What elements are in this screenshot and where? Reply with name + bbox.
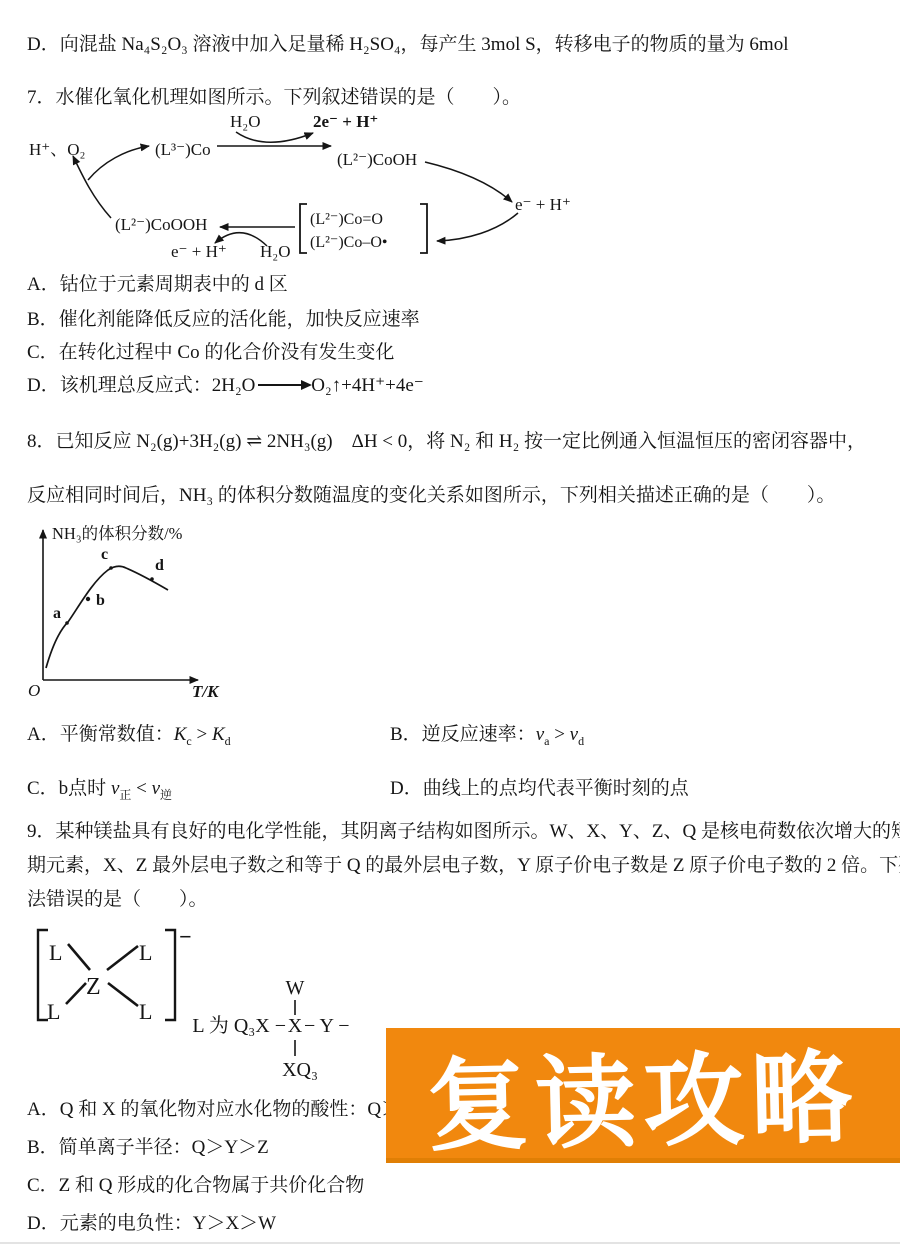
v-reverse-subscript: 逆	[160, 788, 172, 802]
arrow-to-bracket	[437, 213, 518, 241]
arrow-regenerate-co	[88, 146, 149, 180]
xq3-group: XQ₃	[282, 1059, 318, 1081]
left-bracket	[300, 204, 307, 253]
promo-banner-text: 复读攻略	[426, 1016, 861, 1170]
q9-option-b: B．简单离子半径：Q＞Y＞Z	[27, 1136, 269, 1160]
q8-option-c: C．b点时 v正 < v逆	[27, 777, 172, 801]
promo-banner: 复读攻略	[386, 1028, 900, 1163]
ligand-caption-x: X	[288, 1015, 303, 1037]
q9-stem-line3: 法错误的是（ ）。	[27, 888, 208, 912]
exam-page: D．向混盐 Na₄S₂O₃ 溶液中加入足量稀 H₂SO₄，每产生 3mol S，…	[0, 0, 900, 1246]
q8-option-a: A．平衡常数值：Kc > Kd	[27, 723, 231, 747]
q7-option-a: A．钴位于元素周期表中的 d 区	[27, 273, 288, 297]
ligand-top-right: L	[139, 940, 152, 965]
bracket-bottom-label: (L²⁻)Co–O•	[310, 234, 388, 251]
h-o2-label: H⁺、O₂	[29, 140, 85, 159]
electrons-top-label: 2e⁻ + H⁺	[313, 112, 378, 131]
point-a-label: a	[53, 605, 61, 622]
q9-option-a: A．Q 和 X 的氧化物对应水化物的酸性：Q＞X	[27, 1098, 414, 1122]
v1-symbol: v	[536, 724, 544, 745]
bond-bl	[66, 983, 86, 1004]
q8-option-c-text: C．b点时	[27, 778, 111, 799]
arrow-coooh-to-ho2	[73, 156, 111, 218]
q7-mechanism-diagram: H₂O 2e⁻ + H⁺ H⁺、O₂ (L³⁻)Co (L²⁻)CoOH e⁻ …	[15, 100, 570, 268]
bond-br	[108, 983, 138, 1006]
q7-option-d: D．该机理总反应式：2H₂OO₂↑+4H⁺+4e⁻	[27, 374, 424, 398]
right-bracket	[420, 204, 427, 253]
q8-option-b: B．逆反应速率：va > vd	[390, 723, 584, 747]
k1-symbol: K	[174, 724, 187, 745]
x-axis-label: T/K	[192, 682, 220, 701]
q9-option-d: D．元素的电负性：Y＞X＞W	[27, 1212, 276, 1236]
y-axis-label: NH₃的体积分数/%	[52, 524, 183, 543]
ligand-caption-left: L 为 Q₃X −	[192, 1014, 286, 1037]
q7-option-d-lhs: D．该机理总反应式：2H₂O	[27, 375, 255, 396]
point-d	[150, 577, 154, 581]
ligand-bottom-right: L	[139, 999, 152, 1024]
bond-tr	[107, 946, 138, 970]
point-d-label: d	[155, 557, 164, 574]
anion-structure-diagram: − L L L L Z L 为 Q₃X − X − Y − W XQ₃	[20, 922, 400, 1082]
reaction-arrow-icon	[258, 384, 310, 386]
prev-option-d: D．向混盐 Na₄S₂O₃ 溶液中加入足量稀 H₂SO₄，每产生 3mol S，…	[27, 33, 788, 57]
h2o-bottom-label: H₂O	[260, 242, 290, 261]
k2-symbol: K	[212, 724, 225, 745]
q9-option-c: C．Z 和 Q 形成的化合物属于共价化合物	[27, 1174, 364, 1198]
q8-stem-line1: 8．已知反应 N₂(g)+3H₂(g) ⇌ 2NH₃(g) ΔH < 0，将 N…	[27, 430, 866, 454]
l2-coooh-label: (L²⁻)CoOOH	[115, 215, 207, 234]
ligand-top-left: L	[49, 940, 62, 965]
q9-stem-line2: 期元素，X、Z 最外层电子数之和等于 Q 的最外层电子数，Y 原子价电子数是 Z…	[27, 854, 900, 878]
relation: >	[192, 724, 212, 745]
center-atom: Z	[86, 974, 101, 1000]
q7-option-b: B．催化剂能降低反应的活化能，加快反应速率	[27, 308, 420, 332]
bond-tl	[68, 944, 90, 970]
v-forward-subscript: 正	[119, 788, 131, 802]
right-bracket	[165, 930, 175, 1020]
point-b-label: b	[96, 592, 105, 609]
point-a	[65, 621, 69, 625]
point-b	[86, 597, 90, 601]
v2-subscript: d	[578, 734, 584, 748]
e-h-right-label: e⁻ + H⁺	[515, 195, 570, 214]
origin-label: O	[28, 681, 40, 700]
v-reverse-symbol: v	[152, 778, 160, 799]
q7-option-d-rhs: O₂↑+4H⁺+4e⁻	[311, 375, 424, 396]
l2-cooh-label: (L²⁻)CoOH	[337, 150, 417, 169]
e-h-bottom-label: e⁻ + H⁺	[171, 242, 227, 261]
ligand-bottom-left: L	[47, 999, 60, 1024]
curve	[46, 566, 168, 668]
w-atom: W	[286, 977, 305, 999]
relation: >	[549, 724, 569, 745]
q7-option-c: C．在转化过程中 Co 的化合价没有发生变化	[27, 341, 394, 365]
bracket-top-label: (L²⁻)Co=O	[310, 211, 383, 228]
k2-subscript: d	[225, 734, 231, 748]
charge-superscript: −	[179, 924, 192, 949]
page-bottom-edge	[0, 1242, 900, 1244]
q9-stem-line1: 9．某种镁盐具有良好的电化学性能，其阴离子结构如图所示。W、X、Y、Z、Q 是核…	[27, 820, 900, 844]
q8-option-a-text: A．平衡常数值：	[27, 724, 174, 745]
point-c	[109, 566, 113, 570]
l3-co-label: (L³⁻)Co	[155, 140, 211, 159]
ligand-caption-right: − Y −	[304, 1015, 350, 1037]
nh3-temperature-graph: NH₃的体积分数/% O T/K a b c d	[12, 518, 252, 703]
relation: <	[131, 778, 151, 799]
q8-option-d: D．曲线上的点均代表平衡时刻的点	[390, 777, 689, 801]
point-c-label: c	[101, 546, 108, 563]
q8-stem-line2: 反应相同时间后，NH₃ 的体积分数随温度的变化关系如图所示，下列相关描述正确的是…	[27, 484, 835, 508]
h2o-top-label: H₂O	[230, 112, 260, 131]
v2-symbol: v	[570, 724, 578, 745]
arrow-cooh-to-eh	[425, 162, 512, 202]
arrow-h2o-top	[236, 132, 313, 142]
q8-option-b-text: B．逆反应速率：	[390, 724, 536, 745]
